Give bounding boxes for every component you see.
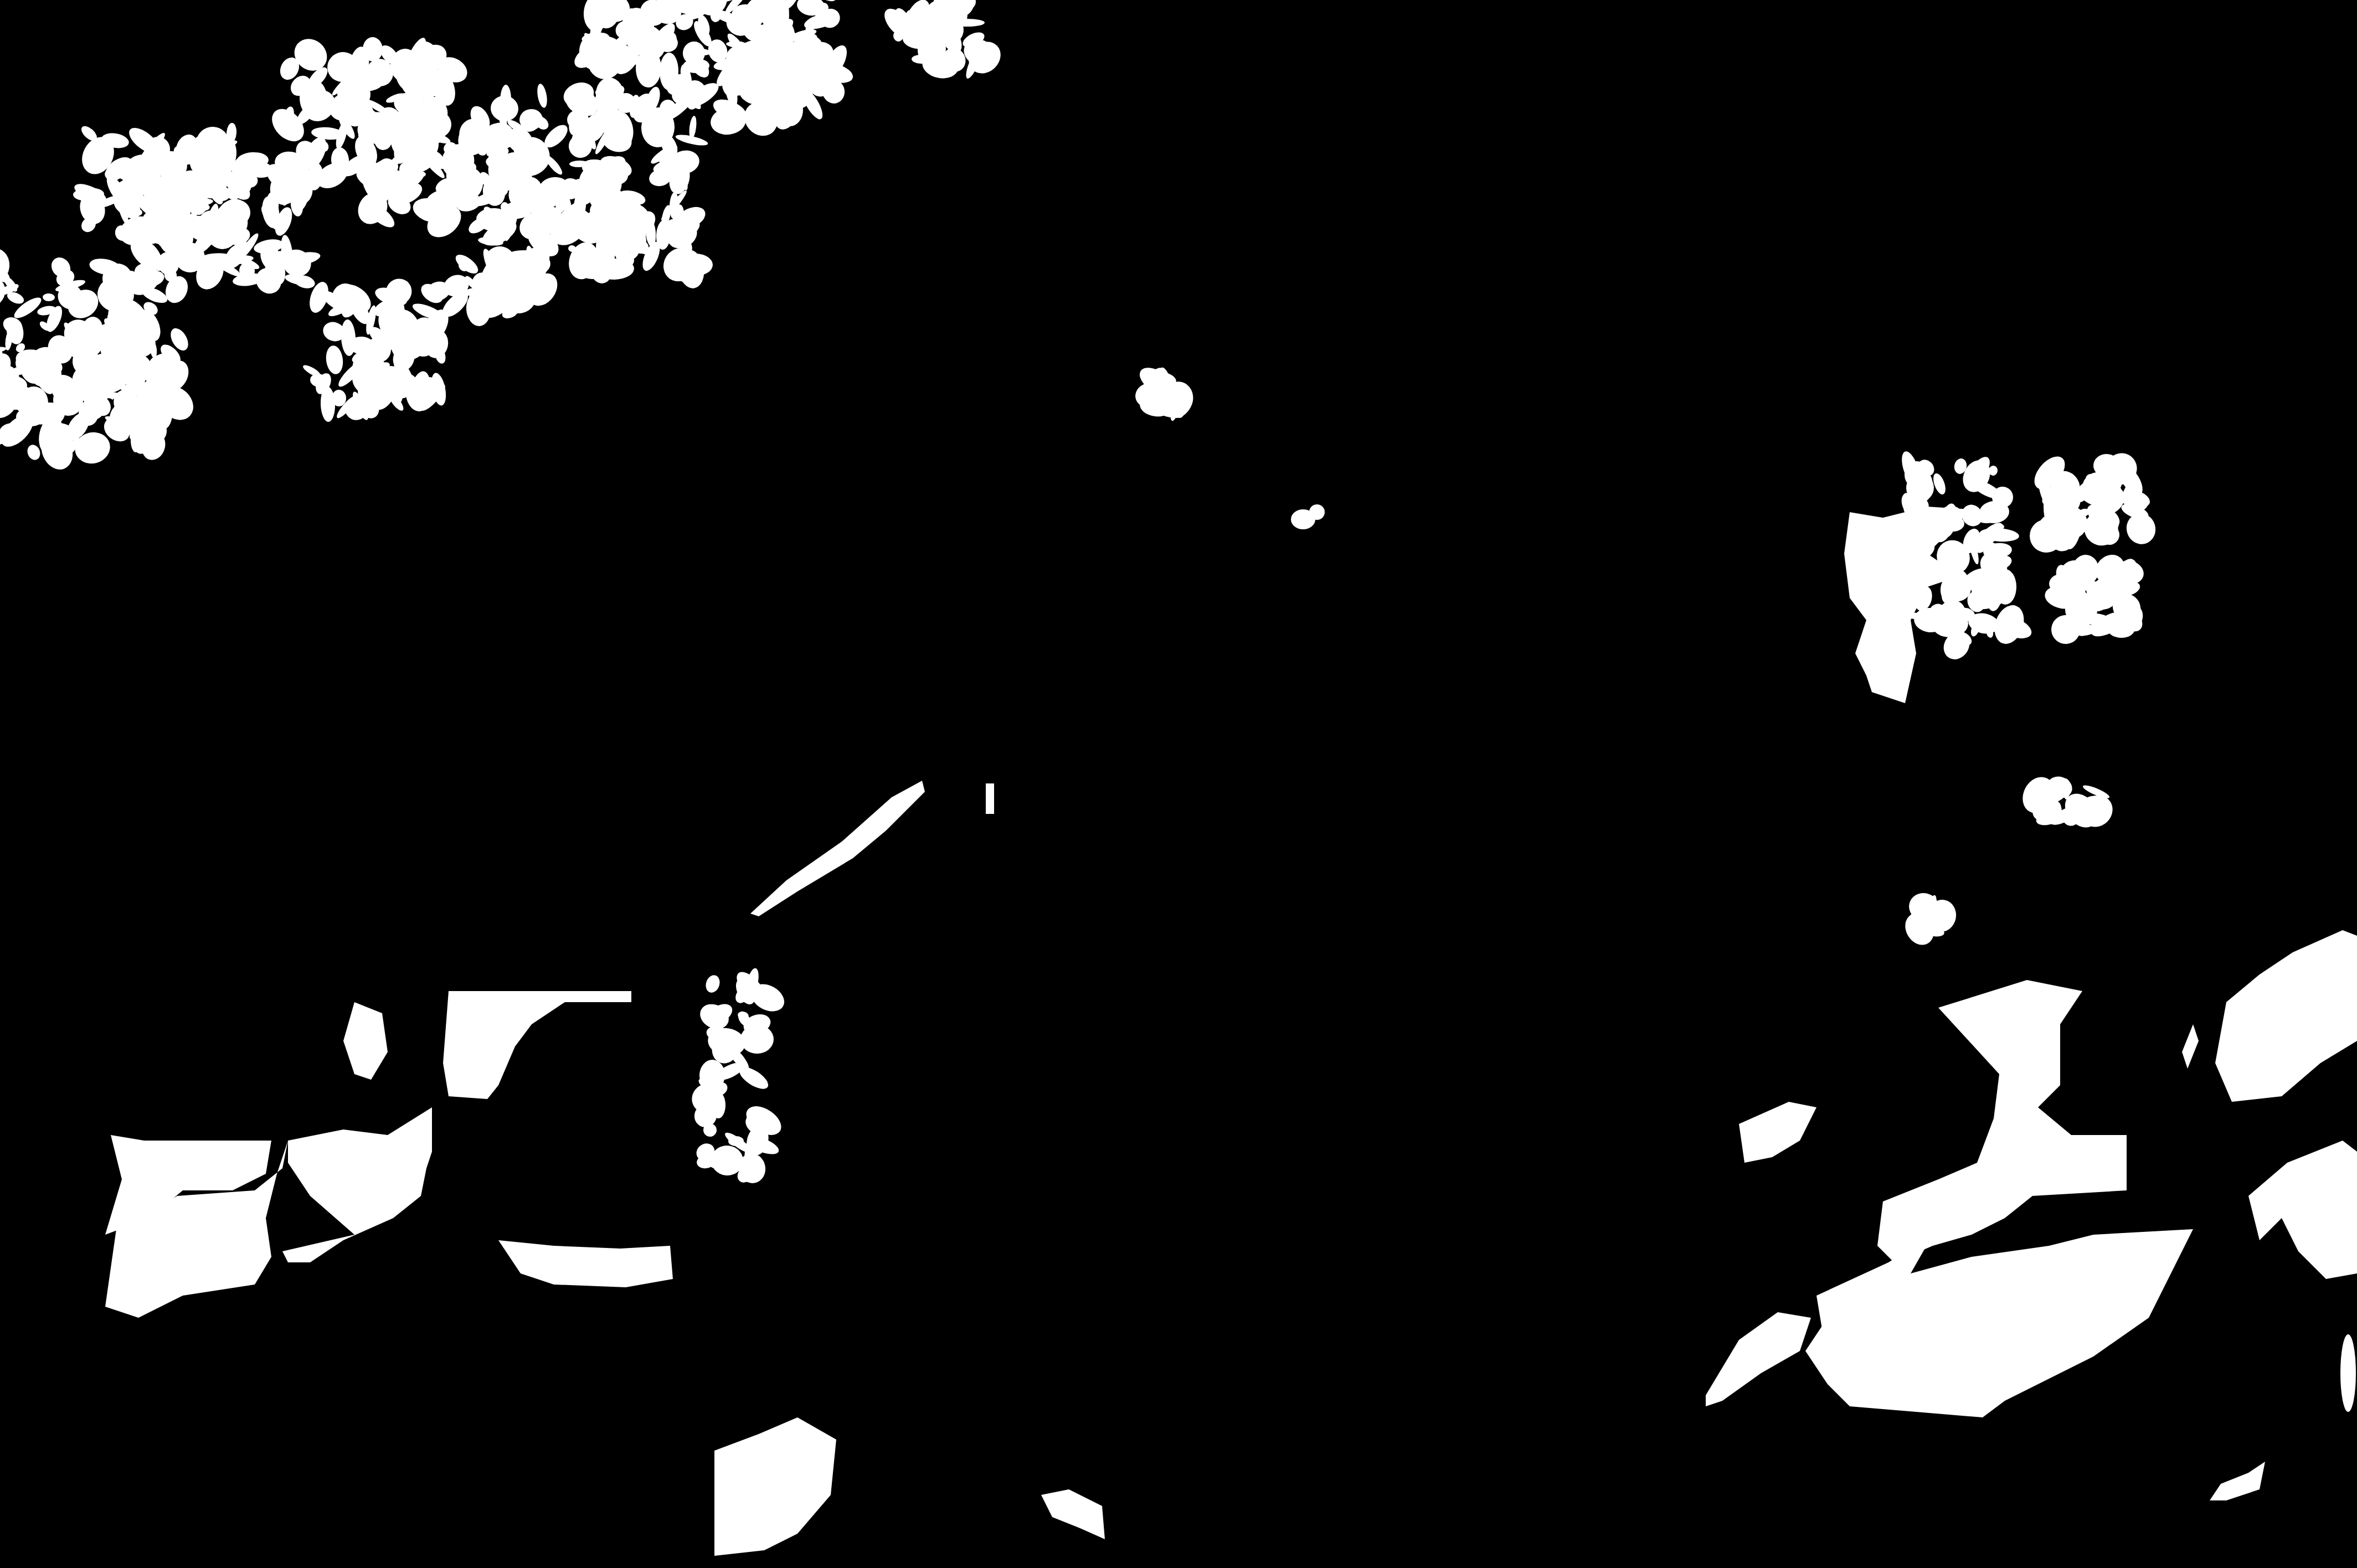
mask-region <box>2340 1334 2356 1412</box>
mask-region <box>117 178 152 197</box>
mask-region <box>778 66 796 75</box>
mask-region <box>740 1025 774 1054</box>
mask-region <box>986 783 994 814</box>
mask-region <box>1309 504 1325 520</box>
binary-mask-image <box>0 0 2357 1568</box>
mask-region <box>711 1092 725 1118</box>
mask-region <box>52 336 59 362</box>
mask-region <box>956 2 967 26</box>
mask-region <box>395 106 425 138</box>
